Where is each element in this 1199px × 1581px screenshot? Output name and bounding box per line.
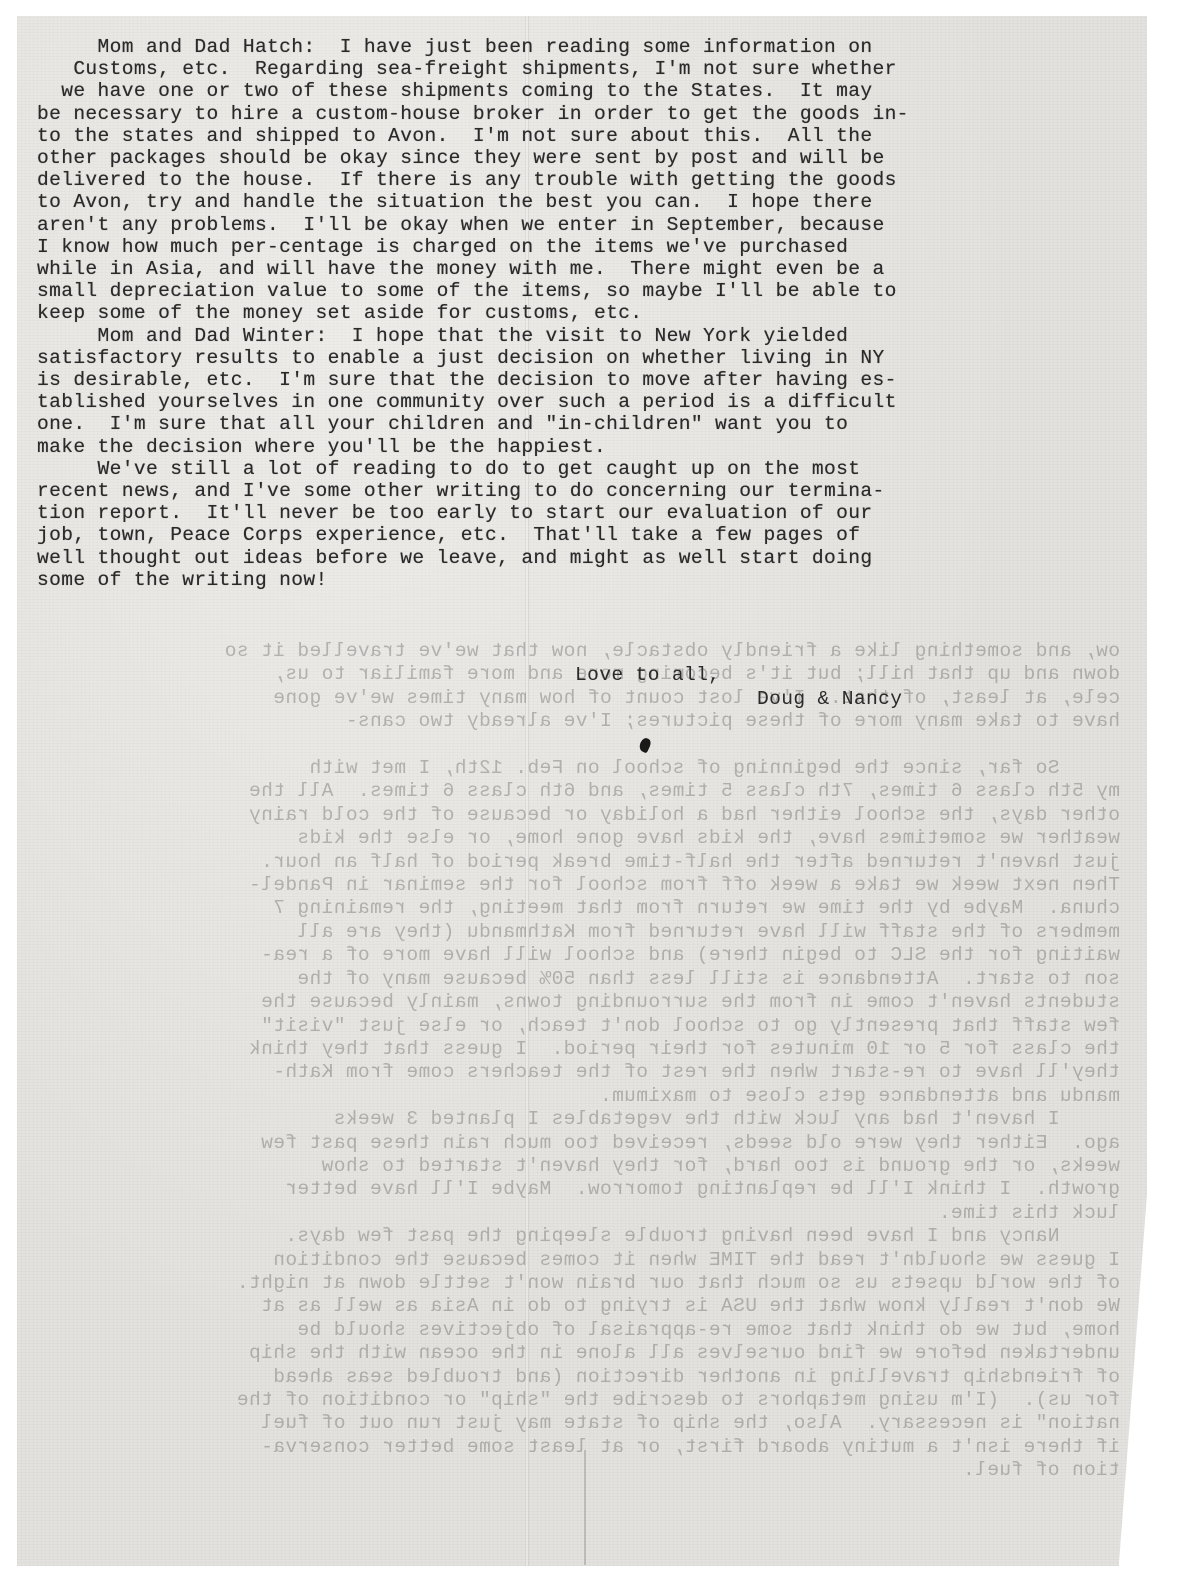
paragraph-reading: We've still a lot of reading to do to ge… bbox=[37, 458, 1127, 591]
text-line: well thought out ideas before we leave, … bbox=[37, 547, 1127, 569]
text-line: satisfactory results to enable a just de… bbox=[37, 347, 1127, 369]
text-line: job, town, Peace Corps experience, etc. … bbox=[37, 524, 1127, 546]
text-line: tablished yourselves in one community ov… bbox=[37, 391, 1127, 413]
text-line: I know how much per-centage is charged o… bbox=[37, 236, 1127, 258]
text-line: one. I'm sure that all your children and… bbox=[37, 413, 1127, 435]
text-line: some of the writing now! bbox=[37, 569, 1127, 591]
text-line: aren't any problems. I'll be okay when w… bbox=[37, 214, 1127, 236]
text-line: other packages should be okay since they… bbox=[37, 147, 1127, 169]
letter-body: Mom and Dad Hatch: I have just been read… bbox=[37, 36, 1127, 591]
text-line: small depreciation value to some of the … bbox=[37, 280, 1127, 302]
bleed-through-text: ow, and something like a friendly obstac… bbox=[40, 640, 1120, 1483]
text-line: to the states and shipped to Avon. I'm n… bbox=[37, 125, 1127, 147]
text-line: Customs, etc. Regarding sea-freight ship… bbox=[37, 58, 1127, 80]
text-line: tion report. It'll never be too early to… bbox=[37, 502, 1127, 524]
text-line: recent news, and I've some other writing… bbox=[37, 480, 1127, 502]
text-line: is desirable, etc. I'm sure that the dec… bbox=[37, 369, 1127, 391]
text-line: delivered to the house. If there is any … bbox=[37, 169, 1127, 191]
paragraph-hatch: Mom and Dad Hatch: I have just been read… bbox=[37, 36, 1127, 325]
text-line: Mom and Dad Hatch: I have just been read… bbox=[37, 36, 1127, 58]
text-line: keep some of the money set aside for cus… bbox=[37, 302, 1127, 324]
paragraph-winter: Mom and Dad Winter: I hope that the visi… bbox=[37, 325, 1127, 458]
text-line: be necessary to hire a custom-house brok… bbox=[37, 103, 1127, 125]
text-line: we have one or two of these shipments co… bbox=[37, 80, 1127, 102]
text-line: We've still a lot of reading to do to ge… bbox=[37, 458, 1127, 480]
text-line: while in Asia, and will have the money w… bbox=[37, 258, 1127, 280]
text-line: Mom and Dad Winter: I hope that the visi… bbox=[37, 325, 1127, 347]
text-line: make the decision where you'll be the ha… bbox=[37, 436, 1127, 458]
closing-line: Love to all, bbox=[575, 664, 720, 686]
signature: Doug & Nancy bbox=[757, 688, 902, 710]
text-line: to Avon, try and handle the situation th… bbox=[37, 191, 1127, 213]
